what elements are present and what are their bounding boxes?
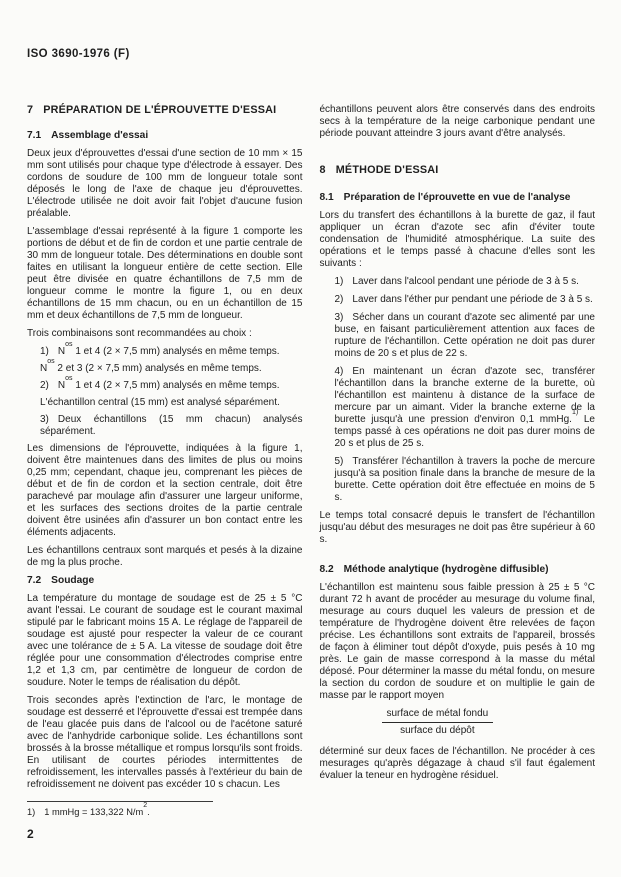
paragraph: La température du montage de soudage est… xyxy=(27,593,303,689)
list-marker: 2) xyxy=(40,380,49,391)
list-text: L'échantillon central (15 mm) est analys… xyxy=(40,397,280,408)
right-column: échantillons peuvent alors être conservé… xyxy=(320,104,596,840)
list-marker: 4) xyxy=(335,366,344,377)
section-number: 8.2 xyxy=(320,564,334,575)
section-title: PRÉPARATION DE L'ÉPROUVETTE D'ESSAI xyxy=(43,104,276,116)
standard-reference-header: ISO 3690-1976 (F) xyxy=(27,48,595,60)
paragraph: Lors du transfert des échantillons à la … xyxy=(320,210,596,270)
two-column-layout: 7PRÉPARATION DE L'ÉPROUVETTE D'ESSAI 7.1… xyxy=(27,104,595,840)
list-text: 1 et 4 (2 × 7,5 mm) analysés en même tem… xyxy=(73,380,280,391)
paragraph: Trois secondes après l'extinction de l'a… xyxy=(27,695,303,791)
list-marker: 2) xyxy=(335,294,344,305)
section-8-heading: 8MÉTHODE D'ESSAI xyxy=(320,164,596,176)
footnote-separator-rule xyxy=(27,801,213,802)
list-text: 2 et 3 (2 × 7,5 mm) analysés en même tem… xyxy=(55,363,262,374)
procedure-step: 5)Transférer l'échantillon à travers la … xyxy=(335,456,596,504)
footnote-marker: 1) xyxy=(27,807,35,817)
section-title: MÉTHODE D'ESSAI xyxy=(336,164,439,176)
footnote-text: . xyxy=(147,807,150,817)
step-text: Transférer l'échantillon à travers la po… xyxy=(335,456,596,503)
step-text: Laver dans l'alcool pendant une période … xyxy=(352,276,579,287)
fraction-denominator: surface du dépôt xyxy=(382,725,494,737)
section-8-1-heading: 8.1Préparation de l'éprouvette en vue de… xyxy=(320,192,596,204)
page-number: 2 xyxy=(27,828,303,840)
procedure-step: 1)Laver dans l'alcool pendant une périod… xyxy=(335,276,596,288)
list-marker: 3) xyxy=(40,414,49,425)
section-title: Méthode analytique (hydrogène diffusible… xyxy=(344,564,549,575)
section-title: Préparation de l'éprouvette en vue de l'… xyxy=(344,192,571,203)
superscript: os xyxy=(65,375,72,382)
paragraph: L'assemblage d'essai représenté à la fig… xyxy=(27,226,303,322)
list-marker: 3) xyxy=(335,312,344,323)
section-title: Soudage xyxy=(51,575,94,586)
list-text: Deux échantillons (15 mm chacun) analysé… xyxy=(40,414,303,437)
superscript: os xyxy=(47,358,54,365)
paragraph: Deux jeux d'éprouvettes d'essai d'une se… xyxy=(27,148,303,220)
section-8-2-heading: 8.2Méthode analytique (hydrogène diffusi… xyxy=(320,564,596,576)
section-number: 7 xyxy=(27,104,33,116)
list-marker: 5) xyxy=(335,456,344,467)
paragraph: L'échantillon est maintenu sous faible p… xyxy=(320,582,596,702)
section-number: 8 xyxy=(320,164,326,176)
list-marker: 1) xyxy=(40,346,49,357)
paragraph: déterminé sur deux faces de l'échantillo… xyxy=(320,746,596,782)
paragraph: Les dimensions de l'éprouvette, indiquée… xyxy=(27,443,303,539)
procedure-step: 4)En maintenant un écran d'azote sec, tr… xyxy=(335,366,596,450)
section-number: 8.1 xyxy=(320,192,334,203)
step-text: Laver dans l'éther pur pendant une pério… xyxy=(352,294,592,305)
section-number: 7.2 xyxy=(27,575,41,586)
procedure-step: 3)Sécher dans un courant d'azote sec ali… xyxy=(335,312,596,360)
superscript: os xyxy=(65,341,72,348)
superscript: 2 xyxy=(143,802,147,809)
combo-item: L'échantillon central (15 mm) est analys… xyxy=(40,397,303,409)
document-page: ISO 3690-1976 (F) 7PRÉPARATION DE L'ÉPRO… xyxy=(0,0,621,840)
section-7-2-heading: 7.2Soudage xyxy=(27,575,303,587)
footnote-text: 1 mmHg = 133,322 N/m xyxy=(44,807,143,817)
section-7-heading: 7PRÉPARATION DE L'ÉPROUVETTE D'ESSAI xyxy=(27,104,303,116)
footnote-reference: 1) xyxy=(572,409,578,416)
left-column: 7PRÉPARATION DE L'ÉPROUVETTE D'ESSAI 7.1… xyxy=(27,104,303,840)
footnote: 1)1 mmHg = 133,322 N/m2. xyxy=(27,806,303,818)
paragraph: Les échantillons centraux sont marqués e… xyxy=(27,545,303,569)
step-text: En maintenant un écran d'azote sec, tran… xyxy=(335,366,596,425)
combo-item: 1)Nos 1 et 4 (2 × 7,5 mm) analysés en mê… xyxy=(40,346,303,358)
step-text: Sécher dans un courant d'azote sec alime… xyxy=(335,312,596,359)
paragraph: Trois combinaisons sont recommandées au … xyxy=(27,328,303,340)
paragraph: échantillons peuvent alors être conservé… xyxy=(320,104,596,140)
section-number: 7.1 xyxy=(27,130,41,141)
combo-item: 3)Deux échantillons (15 mm chacun) analy… xyxy=(40,414,303,438)
list-marker: 1) xyxy=(335,276,344,287)
combo-item: Nos 2 et 3 (2 × 7,5 mm) analysés en même… xyxy=(40,363,303,375)
paragraph: Le temps total consacré depuis le transf… xyxy=(320,510,596,546)
procedure-step: 2)Laver dans l'éther pur pendant une pér… xyxy=(335,294,596,306)
fraction-numerator: surface de métal fondu xyxy=(382,708,494,723)
section-7-1-heading: 7.1Assemblage d'essai xyxy=(27,130,303,142)
ratio-formula: surface de métal fondu surface du dépôt xyxy=(382,708,494,737)
list-text: 1 et 4 (2 × 7,5 mm) analysés en même tem… xyxy=(73,346,280,357)
section-title: Assemblage d'essai xyxy=(51,130,148,141)
combo-item: 2)Nos 1 et 4 (2 × 7,5 mm) analysés en mê… xyxy=(40,380,303,392)
